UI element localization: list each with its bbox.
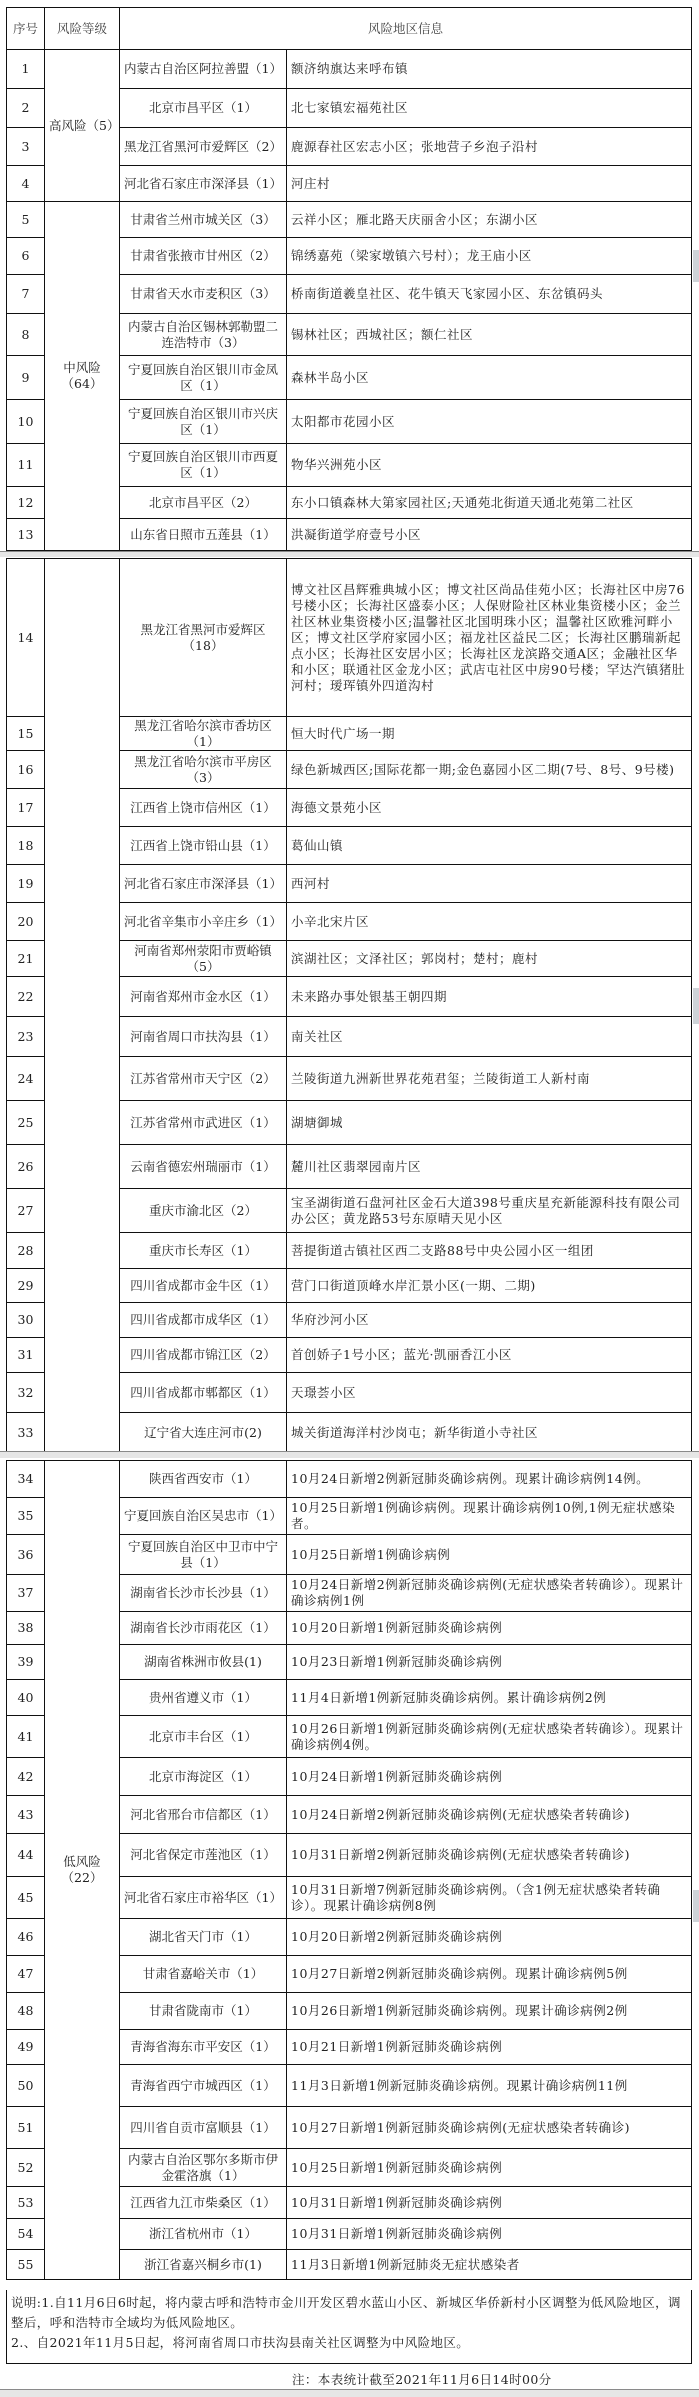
notes-box: 说明:1.自11月6日6时起，将内蒙古呼和浩特市金川开发区碧水蓝山小区、新城区华… (6, 2290, 692, 2364)
header-no: 序号 (7, 8, 45, 50)
row-info: 锦绣嘉苑（梁家墩镇六号村）；龙王庙小区 (287, 238, 692, 275)
row-region: 河南省郑州荥阳市贾峪镇（5） (120, 941, 287, 977)
note-2: 2.、自2021年11月5日起，将河南省周口市扶沟县南关社区调整为中风险地区。 (11, 2333, 687, 2353)
row-no: 14 (7, 559, 45, 717)
risk-table-page-2: 14 黑龙江省黑河市爱辉区（18） 博文社区昌辉雅典城小区；博文社区尚品佳苑小区… (6, 558, 692, 1453)
row-info: 博文社区昌辉雅典城小区；博文社区尚品佳苑小区；长海社区中房76号楼小区；长海社区… (287, 559, 692, 717)
row-info: 10月24日新增2例新冠肺炎确诊病例(无症状感染者转确诊) (287, 1796, 692, 1834)
row-info: 10月20日新增1例新冠肺炎确诊病例 (287, 1612, 692, 1645)
row-region: 黑龙江省哈尔滨市香坊区（1） (120, 717, 287, 751)
row-info: 云祥小区；雁北路天庆丽舍小区；东湖小区 (287, 202, 692, 238)
row-region: 江西省上饶市信州区（1） (120, 789, 287, 827)
row-info: 10月31日新增1例新冠肺炎确诊病例 (287, 2219, 692, 2250)
level-medium: 中风险（64） (45, 202, 120, 551)
row-region: 浙江省杭州市（1） (120, 2219, 287, 2250)
row-region: 浙江省嘉兴桐乡市(1) (120, 2250, 287, 2280)
row-no: 46 (7, 1919, 45, 1956)
row-info: 10月31日新增2例新冠肺炎确诊病例(无症状感染者转确诊) (287, 1834, 692, 1877)
side-panel-tab[interactable] (693, 988, 699, 1024)
row-region: 内蒙古自治区鄂尔多斯市伊金霍洛旗（1） (120, 2149, 287, 2187)
row-info: 10月31日新增7例新冠肺炎确诊病例。（含1例无症状感染者转确诊）。现累计确诊病… (287, 1877, 692, 1919)
row-region: 河北省邢台市信都区（1） (120, 1796, 287, 1834)
row-no: 21 (7, 941, 45, 977)
row-info: 10月23日新增1例新冠肺炎确诊病例 (287, 1645, 692, 1680)
row-info: 10月21日新增1例新冠肺炎确诊病例 (287, 2030, 692, 2065)
row-info: 11月3日新增1例新冠肺炎确诊病例。现累计确诊病例11例 (287, 2065, 692, 2107)
row-no: 26 (7, 1145, 45, 1189)
row-info: 11月3日新增1例新冠肺炎无症状感染者 (287, 2250, 692, 2280)
row-info: 10月20日新增2例新冠肺炎确诊病例 (287, 1919, 692, 1956)
row-no: 36 (7, 1535, 45, 1575)
row-region: 甘肃省兰州市城关区（3） (120, 202, 287, 238)
row-no: 54 (7, 2219, 45, 2250)
table-row: 5 中风险（64） 甘肃省兰州市城关区（3） 云祥小区；雁北路天庆丽舍小区；东湖… (7, 202, 692, 238)
row-region: 四川省成都市成华区（1） (120, 1303, 287, 1338)
row-region: 黑龙江省哈尔滨市平房区（3） (120, 751, 287, 789)
row-region: 青海省西宁市城西区（1） (120, 2065, 287, 2107)
row-no: 7 (7, 275, 45, 314)
row-region: 北京市丰台区（1） (120, 1716, 287, 1758)
row-region: 内蒙古自治区锡林郭勒盟二连浩特市（3） (120, 314, 287, 356)
row-info: 锡林社区；西城社区；额仁社区 (287, 314, 692, 356)
row-region: 湖南省长沙市雨花区（1） (120, 1612, 287, 1645)
row-region: 贵州省遵义市（1） (120, 1680, 287, 1716)
row-no: 27 (7, 1189, 45, 1233)
row-region: 湖北省天门市（1） (120, 1919, 287, 1956)
row-region: 河北省石家庄市深泽县（1） (120, 166, 287, 202)
page-bottom-edge (0, 2389, 699, 2397)
row-no: 17 (7, 789, 45, 827)
row-no: 3 (7, 128, 45, 166)
row-info: 太阳都市花园小区 (287, 400, 692, 444)
row-region: 四川省成都市金牛区（1） (120, 1269, 287, 1303)
row-no: 31 (7, 1338, 45, 1373)
row-no: 30 (7, 1303, 45, 1338)
row-info: 恒大时代广场一期 (287, 717, 692, 751)
row-info: 湖塘御城 (287, 1101, 692, 1145)
row-no: 34 (7, 1461, 45, 1498)
row-region: 河南省郑州市金水区（1） (120, 977, 287, 1017)
row-info: 葛仙山镇 (287, 827, 692, 865)
row-info: 11月4日新增1例新冠肺炎确诊病例。累计确诊病例2例 (287, 1680, 692, 1716)
row-info: 天璟荟小区 (287, 1373, 692, 1413)
row-no: 53 (7, 2187, 45, 2219)
row-no: 10 (7, 400, 45, 444)
row-info: 营门口街道顶峰水岸汇景小区(一期、二期) (287, 1269, 692, 1303)
row-no: 22 (7, 977, 45, 1017)
row-region: 黑龙江省黑河市爱辉区（18） (120, 559, 287, 717)
row-no: 8 (7, 314, 45, 356)
level-medium-continued (45, 559, 120, 1453)
row-no: 38 (7, 1612, 45, 1645)
row-region: 北京市昌平区（2） (120, 487, 287, 519)
row-region: 江西省上饶市铅山县（1） (120, 827, 287, 865)
table-header: 序号 风险等级 风险地区信息 (7, 8, 692, 50)
row-region: 宁夏回族自治区银川市兴庆区（1） (120, 400, 287, 444)
row-no: 15 (7, 717, 45, 751)
row-no: 5 (7, 202, 45, 238)
row-info: 西河村 (287, 865, 692, 903)
row-info: 南关社区 (287, 1017, 692, 1057)
row-info: 10月25日新增1例新冠肺炎确诊病例 (287, 2149, 692, 2187)
row-no: 13 (7, 519, 45, 551)
row-region: 四川省自贡市富顺县（1） (120, 2107, 287, 2149)
row-info: 鹿源春社区宏志小区；张地营子乡泡子沿村 (287, 128, 692, 166)
row-region: 甘肃省张掖市甘州区（2） (120, 238, 287, 275)
row-region: 北京市海淀区（1） (120, 1758, 287, 1796)
note-1: 说明:1.自11月6日6时起，将内蒙古呼和浩特市金川开发区碧水蓝山小区、新城区华… (11, 2293, 687, 2333)
row-region: 河北省辛集市小辛庄乡（1） (120, 903, 287, 941)
row-region: 四川省成都市郫都区（1） (120, 1373, 287, 1413)
row-no: 52 (7, 2149, 45, 2187)
row-info: 兰陵街道九洲新世界花苑君玺；兰陵街道工人新村南 (287, 1057, 692, 1101)
row-no: 42 (7, 1758, 45, 1796)
statistics-cutoff-note: 注：本表统计截至2021年11月6日14时00分 (292, 2370, 552, 2388)
row-no: 51 (7, 2107, 45, 2149)
row-info: 桥南街道羲皇社区、花牛镇天飞家园小区、东岔镇码头 (287, 275, 692, 314)
row-info: 10月27日新增2例新冠肺炎确诊病例。现累计确诊病例5例 (287, 1956, 692, 1993)
row-info: 未来路办事处银基王朝四期 (287, 977, 692, 1017)
row-no: 28 (7, 1233, 45, 1269)
row-no: 4 (7, 166, 45, 202)
row-region: 宁夏回族自治区银川市西夏区（1） (120, 444, 287, 487)
row-info: 菩提街道古镇社区西二支路88号中央公园小区一组团 (287, 1233, 692, 1269)
row-info: 河庄村 (287, 166, 692, 202)
row-region: 河南省周口市扶沟县（1） (120, 1017, 287, 1057)
risk-table-page-3: 34 低风险（22） 陕西省西安市（1） 10月24日新增2例新冠肺炎确诊病例。… (6, 1460, 692, 2280)
row-region: 江苏省常州市武进区（1） (120, 1101, 287, 1145)
row-region: 内蒙古自治区阿拉善盟（1） (120, 50, 287, 89)
row-no: 32 (7, 1373, 45, 1413)
row-region: 河北省保定市莲池区（1） (120, 1834, 287, 1877)
row-region: 河北省石家庄市裕华区（1） (120, 1877, 287, 1919)
page-2: 14 黑龙江省黑河市爱辉区（18） 博文社区昌辉雅典城小区；博文社区尚品佳苑小区… (0, 557, 699, 1451)
page-3: 34 低风险（22） 陕西省西安市（1） 10月24日新增2例新冠肺炎确诊病例。… (0, 1458, 699, 2397)
row-region: 四川省成都市锦江区（2） (120, 1338, 287, 1373)
row-region: 北京市昌平区（1） (120, 89, 287, 128)
row-info: 首创娇子1号小区；蓝光·凯丽香江小区 (287, 1338, 692, 1373)
row-info: 10月25日新增1例确诊病例 (287, 1535, 692, 1575)
row-region: 黑龙江省黑河市爱辉区（2） (120, 128, 287, 166)
row-info: 洪凝街道学府壹号小区 (287, 519, 692, 551)
row-no: 43 (7, 1796, 45, 1834)
row-no: 47 (7, 1956, 45, 1993)
row-no: 35 (7, 1498, 45, 1535)
row-no: 33 (7, 1413, 45, 1453)
row-no: 2 (7, 89, 45, 128)
table-row: 34 低风险（22） 陕西省西安市（1） 10月24日新增2例新冠肺炎确诊病例。… (7, 1461, 692, 1498)
row-no: 37 (7, 1575, 45, 1612)
row-no: 41 (7, 1716, 45, 1758)
side-panel-tab[interactable] (693, 1890, 699, 1922)
risk-table-page-1: 序号 风险等级 风险地区信息 1 高风险（5） 内蒙古自治区阿拉善盟（1） 额济… (6, 7, 692, 551)
row-no: 55 (7, 2250, 45, 2280)
row-info: 绿色新城西区;国际花都一期;金色嘉园小区二期(7号、8号、9号楼) (287, 751, 692, 789)
row-no: 11 (7, 444, 45, 487)
row-info: 10月26日新增1例新冠肺炎确诊病例。现累计确诊病例2例 (287, 1993, 692, 2030)
row-info: 东小口镇森林大第家园社区;天通苑北街道天通北苑第二社区 (287, 487, 692, 519)
row-info: 10月24日新增2例新冠肺炎确诊病例。现累计确诊病例14例。 (287, 1461, 692, 1498)
row-info: 额济纳旗达来呼布镇 (287, 50, 692, 89)
row-info: 华府沙河小区 (287, 1303, 692, 1338)
header-info: 风险地区信息 (120, 8, 692, 50)
level-high: 高风险（5） (45, 50, 120, 202)
row-info: 10月26日新增1例新冠肺炎确诊病例(无症状感染者转确诊）。现累计确诊病例4例。 (287, 1716, 692, 1758)
row-no: 1 (7, 50, 45, 89)
row-region: 宁夏回族自治区银川市金凤区（1） (120, 356, 287, 400)
row-region: 重庆市长寿区（1） (120, 1233, 287, 1269)
header-level: 风险等级 (45, 8, 120, 50)
row-no: 49 (7, 2030, 45, 2065)
row-region: 重庆市渝北区（2） (120, 1189, 287, 1233)
row-no: 12 (7, 487, 45, 519)
row-no: 6 (7, 238, 45, 275)
row-no: 24 (7, 1057, 45, 1101)
row-region: 江苏省常州市天宁区（2） (120, 1057, 287, 1101)
row-info: 小辛北宋片区 (287, 903, 692, 941)
row-no: 20 (7, 903, 45, 941)
row-region: 湖南省长沙市长沙县（1） (120, 1575, 287, 1612)
row-region: 青海省海东市平安区（1） (120, 2030, 287, 2065)
row-no: 18 (7, 827, 45, 865)
row-no: 50 (7, 2065, 45, 2107)
row-info: 物华兴洲苑小区 (287, 444, 692, 487)
row-region: 甘肃省天水市麦积区（3） (120, 275, 287, 314)
row-no: 16 (7, 751, 45, 789)
table-row: 14 黑龙江省黑河市爱辉区（18） 博文社区昌辉雅典城小区；博文社区尚品佳苑小区… (7, 559, 692, 717)
row-no: 29 (7, 1269, 45, 1303)
row-no: 40 (7, 1680, 45, 1716)
row-region: 山东省日照市五莲县（1） (120, 519, 287, 551)
table-row: 1 高风险（5） 内蒙古自治区阿拉善盟（1） 额济纳旗达来呼布镇 (7, 50, 692, 89)
row-no: 45 (7, 1877, 45, 1919)
row-info: 10月24日新增2例新冠肺炎确诊病例(无症状感染者转确诊）。现累计确诊病例1例 (287, 1575, 692, 1612)
row-region: 湖南省株洲市攸县(1) (120, 1645, 287, 1680)
row-info: 海德文景苑小区 (287, 789, 692, 827)
row-info: 北七家镇宏福苑社区 (287, 89, 692, 128)
row-info: 森林半岛小区 (287, 356, 692, 400)
row-info: 麓川社区翡翠园南片区 (287, 1145, 692, 1189)
row-region: 陕西省西安市（1） (120, 1461, 287, 1498)
row-info: 10月25日新增1例确诊病例。现累计确诊病例10例,1例无症状感染者。 (287, 1498, 692, 1535)
row-info: 滨湖社区；文泽社区；郭岗村；楚村；鹿村 (287, 941, 692, 977)
row-info: 10月27日新增1例新冠肺炎确诊病例(无症状感染者转确诊) (287, 2107, 692, 2149)
row-info: 宝圣湖街道石盘河社区金石大道398号重庆星充新能源科技有限公司办公区；黄龙路53… (287, 1189, 692, 1233)
row-no: 25 (7, 1101, 45, 1145)
row-region: 江西省九江市柴桑区（1） (120, 2187, 287, 2219)
row-no: 44 (7, 1834, 45, 1877)
row-region: 甘肃省嘉峪关市（1） (120, 1956, 287, 1993)
level-low: 低风险（22） (45, 1461, 120, 2280)
row-info: 10月31日新增1例新冠肺炎确诊病例 (287, 2187, 692, 2219)
row-info: 城关街道海洋村沙岗屯；新华街道小寺社区 (287, 1413, 692, 1453)
row-region: 宁夏回族自治区中卫市中宁县（1） (120, 1535, 287, 1575)
row-region: 云南省德宏州瑞丽市（1） (120, 1145, 287, 1189)
row-no: 48 (7, 1993, 45, 2030)
row-no: 9 (7, 356, 45, 400)
row-region: 辽宁省大连庄河市(2) (120, 1413, 287, 1453)
row-no: 19 (7, 865, 45, 903)
row-region: 宁夏回族自治区吴忠市（1） (120, 1498, 287, 1535)
row-region: 河北省石家庄市深泽县（1） (120, 865, 287, 903)
row-info: 10月24日新增1例新冠肺炎确诊病例 (287, 1758, 692, 1796)
row-no: 23 (7, 1017, 45, 1057)
row-region: 甘肃省陇南市（1） (120, 1993, 287, 2030)
row-no: 39 (7, 1645, 45, 1680)
page-1: 序号 风险等级 风险地区信息 1 高风险（5） 内蒙古自治区阿拉善盟（1） 额济… (0, 0, 699, 551)
side-panel-tab[interactable] (693, 250, 699, 282)
